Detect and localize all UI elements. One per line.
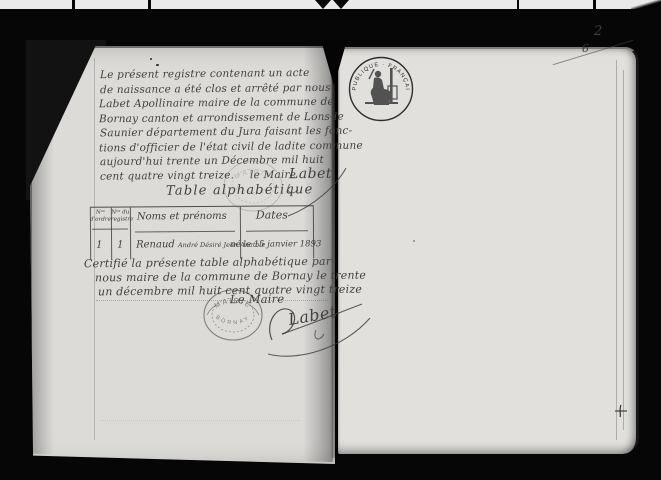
col-header-dates: Dates bbox=[256, 208, 288, 221]
corner-cross-mark bbox=[613, 403, 629, 419]
table-header-underline bbox=[92, 229, 128, 230]
table-header-underline bbox=[135, 231, 235, 233]
col-header-no-ordre: Nᵒˢ d'ordre bbox=[90, 210, 111, 224]
table-border bbox=[240, 207, 241, 259]
film-frame-mark bbox=[72, 0, 75, 9]
mairie-stamp-top-text: MAIRIE bbox=[214, 298, 253, 310]
col-header-noms: Noms et prénoms bbox=[137, 211, 227, 223]
page-number-mark-upper: 2 bbox=[594, 24, 603, 39]
film-frame-mark bbox=[517, 0, 519, 9]
col-header-line: d'ordre bbox=[90, 217, 111, 224]
page-stack-edge bbox=[623, 70, 624, 430]
seated-marianne-figure bbox=[365, 68, 398, 105]
speck bbox=[156, 64, 159, 66]
table-border bbox=[130, 207, 131, 259]
speck bbox=[150, 58, 152, 60]
col-header-no-registre: Nᵒˢ du registre bbox=[111, 210, 130, 224]
mairie-stamp-bottom-text: BORNAY bbox=[214, 315, 251, 327]
faint-ruled-line bbox=[100, 420, 300, 421]
register-text-line: Labet Apollinaire maire de la commune de bbox=[99, 96, 334, 110]
republique-francaise-seal: RÉPUBLIQUE · FRANÇAISE bbox=[347, 55, 415, 123]
film-frame-mark bbox=[148, 0, 151, 9]
cell-surname: Renaud bbox=[136, 239, 175, 250]
table-header-underline bbox=[246, 230, 308, 231]
page-stack-edge bbox=[616, 60, 617, 440]
cell-date: né le 15 janvier 1893 bbox=[230, 239, 321, 250]
cell-no-registre: 1 bbox=[117, 240, 123, 251]
svg-text:BORNAY: BORNAY bbox=[214, 315, 251, 327]
speck bbox=[413, 240, 415, 242]
film-center-triangle bbox=[333, 0, 349, 9]
scanned-register-photo: MAIRIE BORNAY Le présent registre conten… bbox=[0, 0, 661, 480]
register-text-line: Le présent registre contenant un acte bbox=[100, 67, 310, 81]
register-text-line: cent quatre vingt treize. bbox=[100, 169, 234, 182]
register-text-line: Bornay canton et arrondissement de Lons-… bbox=[99, 111, 344, 126]
register-text-line: de naissance a été clos et arrêté par no… bbox=[100, 82, 331, 96]
certification-line: Certifié la présente table alphabétique … bbox=[84, 255, 331, 271]
film-frame-mark bbox=[593, 0, 596, 9]
table-heading: Table alphabétique bbox=[166, 182, 314, 199]
film-corner-shadow bbox=[631, 0, 661, 9]
film-center-triangle bbox=[315, 0, 331, 9]
col-header-line: registre bbox=[111, 217, 130, 224]
film-edge-strip bbox=[0, 0, 661, 9]
mairie-stamp: MAIRIE BORNAY bbox=[201, 287, 265, 343]
alphabetical-table: Nᵒˢ d'ordre Nᵒˢ du registre Noms et prén… bbox=[90, 205, 314, 260]
signature-flourish-bottom bbox=[258, 296, 376, 362]
svg-text:MAIRIE: MAIRIE bbox=[214, 298, 253, 310]
cell-no-ordre: 1 bbox=[96, 240, 102, 251]
